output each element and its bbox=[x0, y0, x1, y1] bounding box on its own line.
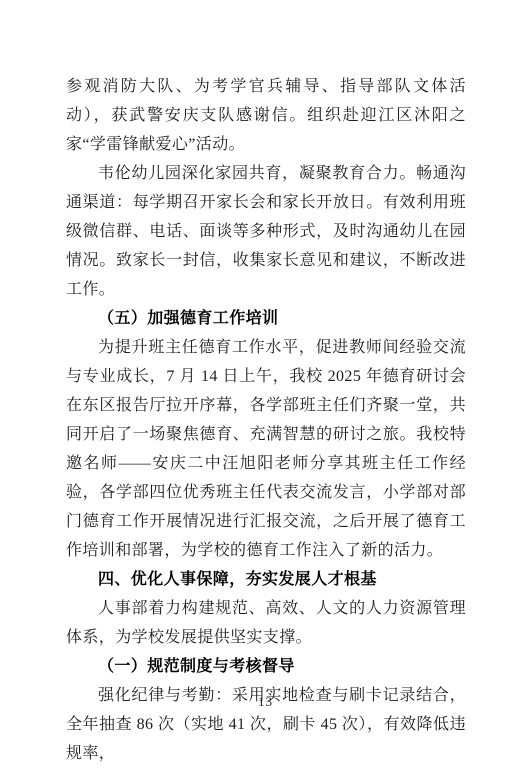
paragraph: 参观消防大队、为考学官兵辅导、指导部队文体活动），获武警安庆支队感谢信。组织赴迎… bbox=[66, 72, 466, 159]
section-heading: （五）加强德育工作培训 bbox=[66, 304, 466, 333]
text-body: 参观消防大队、为考学官兵辅导、指导部队文体活动），获武警安庆支队感谢信。组织赴迎… bbox=[66, 72, 466, 768]
section-heading: （一）规范制度与考核督导 bbox=[66, 652, 466, 681]
section-heading: 四、优化人事保障，夯实发展人才根基 bbox=[66, 565, 466, 594]
paragraph: 人事部着力构建规范、高效、人文的人力资源管理体系，为学校发展提供坚实支撑。 bbox=[66, 594, 466, 652]
page-number: 13 bbox=[0, 694, 531, 710]
paragraph: 为提升班主任德育工作水平，促进教师间经验交流与专业成长，7 月 14 日上午，我… bbox=[66, 333, 466, 565]
document-page: 参观消防大队、为考学官兵辅导、指导部队文体活动），获武警安庆支队感谢信。组织赴迎… bbox=[0, 0, 531, 768]
paragraph: 韦伦幼儿园深化家园共育，凝聚教育合力。畅通沟通渠道：每学期召开家长会和家长开放日… bbox=[66, 159, 466, 304]
